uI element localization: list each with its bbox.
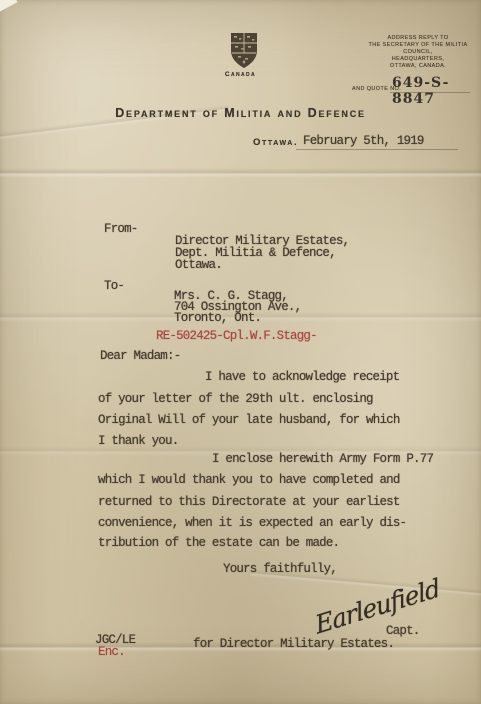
from-line: Ottawa. xyxy=(175,258,222,272)
reference-line: RE-502425-Cpl.W.F.Stagg- xyxy=(156,329,317,343)
body-line: I have to acknowledge receipt xyxy=(205,370,399,384)
body-line: Original Will of your late husband, for … xyxy=(98,413,400,427)
body-line: I enclose herewith Army Form P.77 xyxy=(212,452,433,466)
crease-fold xyxy=(0,168,481,178)
enclosure-note: Enc. xyxy=(98,645,125,659)
to-label: To- xyxy=(104,279,124,293)
closing-line: Yours faithfully, xyxy=(223,562,337,576)
date-field: February 5th, 1919 xyxy=(303,134,424,148)
body-line: of your letter of the 29th ult. enclosin… xyxy=(98,392,373,406)
address-reply-block: ADDRESS REPLY TO THE SECRETARY OF THE MI… xyxy=(363,35,473,70)
signer-for-line: for Director Military Estates. xyxy=(193,637,394,651)
address-reply-line: ADDRESS REPLY TO xyxy=(363,35,473,42)
body-line: returned to this Directorate at your ear… xyxy=(98,495,400,509)
file-quote-number: 649-S-8847 xyxy=(392,75,481,107)
body-line: I thank you. xyxy=(98,434,178,448)
body-line: tribution of the estate can be made. xyxy=(98,536,339,550)
department-title: Department of Militia and Defence xyxy=(0,106,481,120)
place-label: Ottawa. xyxy=(253,137,298,148)
address-reply-line: HEADQUARTERS, xyxy=(363,56,473,63)
torn-corner xyxy=(0,0,18,12)
quote-rule xyxy=(390,92,470,93)
to-line: Toronto, Ont. xyxy=(174,311,261,325)
address-reply-line: OTTAWA, CANADA. xyxy=(363,63,473,70)
salutation: Dear Madam:- xyxy=(100,349,180,363)
date-rule xyxy=(296,149,458,150)
letter-document: Canada ADDRESS REPLY TO THE SECRETARY OF… xyxy=(0,0,481,704)
body-line: which I would thank you to have complete… xyxy=(98,473,400,487)
address-reply-line: THE SECRETARY OF THE MILITIA COUNCIL, xyxy=(363,42,473,56)
signer-rank: Capt. xyxy=(386,624,420,638)
body-line: convenience, when it is expected an earl… xyxy=(98,516,406,530)
canada-coat-of-arms-icon xyxy=(229,32,259,75)
from-label: From- xyxy=(104,222,138,236)
